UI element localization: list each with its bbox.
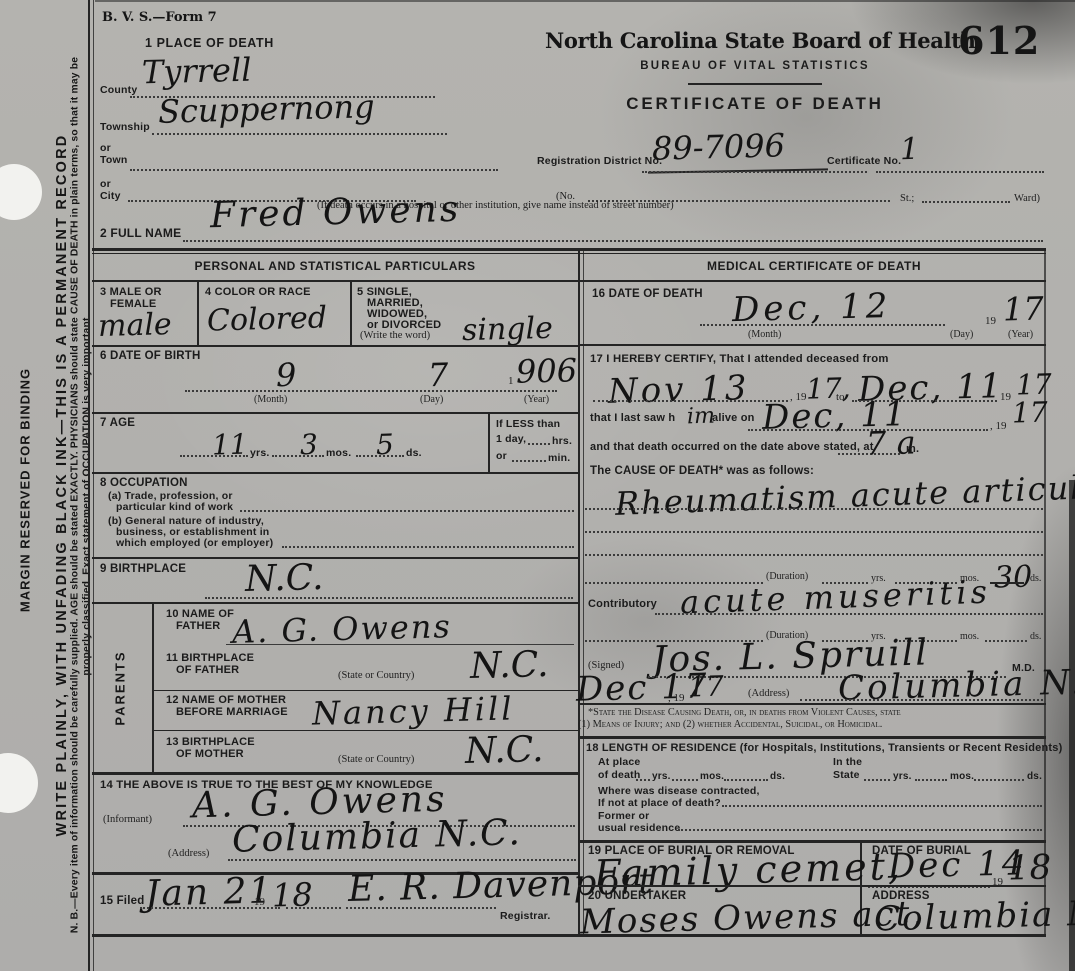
sex-label-1: 3 MALE OR [100,286,162,298]
occupation-a-line [240,510,574,512]
certify-label: 17 I HEREBY CERTIFY, That I attended dec… [590,353,889,365]
age-less-box-divider [488,412,490,472]
sign-address-value: Columbia N.C. [838,661,1075,709]
form-code: B. V. S.—Form 7 [102,10,217,25]
mother-name-label-1: 12 NAME OF MOTHER [166,694,286,706]
full-name-label: 2 FULL NAME [100,226,181,240]
district-label: Registration District No. [537,155,662,167]
birthplace-line [205,597,573,599]
age-months-line [272,455,324,457]
parents-label: PARENTS [113,650,128,725]
city-label: City [100,190,121,202]
cause-line-2 [585,531,1043,533]
footnote-line-1: *State the Disease Causing Death, or, in… [588,707,901,718]
race-value: Colored [207,300,328,338]
personal-section-title: PERSONAL AND STATISTICAL PARTICULARS [92,259,578,273]
st-label: St.; [900,193,914,204]
or-town-label: or [100,142,111,154]
in-the-label-1: In the [833,756,862,768]
death-certificate-scan: MARGIN RESERVED FOR BINDING WRITE PLAINL… [0,0,1075,971]
father-bp-state-cap: (State or Country) [338,670,414,681]
st-line [922,201,1010,203]
column-divider-outer [578,248,580,936]
filed-year-printed: 19 [254,896,265,908]
filed-label: 15 Filed [100,895,144,907]
town-label: Town [100,154,127,166]
dob-month-value: 9 [276,356,297,395]
occupation-a-line2: particular kind of work [116,501,233,513]
occupation-label: 8 OCCUPATION [100,477,188,489]
registrar-line [346,907,496,909]
dob-line [185,390,557,392]
birthplace-value: N.C. [244,557,323,600]
contracted-line [722,805,1042,807]
attended-to-year-printed: 19 [1000,391,1011,403]
county-value: Tyrrell [142,51,252,92]
row5-rule [92,345,578,347]
attended-from-line [593,400,788,402]
margin-rule-inner [93,0,94,971]
dod-year-value: 17 [1003,289,1045,328]
less-hrs-line [528,443,550,445]
birthplace-label: 9 BIRTHPLACE [100,563,186,575]
sex-race-divider [197,280,199,345]
margin-write-plainly-note: WRITE PLAINLY, WITH UNFADING BLACK INK—T… [54,134,70,837]
row9-rule [92,602,578,604]
mother-bp-label-2: OF MOTHER [176,748,244,760]
former-label-1: Former or [598,810,649,822]
father-bp-label-1: 11 BIRTHPLACE [166,652,254,664]
mother-name-value: Nancy Hill [312,689,515,732]
age-days-line [356,455,404,457]
death-time-m-label: m. [906,443,919,455]
cause-duration-underline [990,582,1024,584]
informant-address-value: Columbia N.C. [232,812,523,861]
father-bp-label-2: OF FATHER [176,664,239,676]
dob-day-value: 7 [428,356,449,395]
last-saw-pre-label: that I last saw h [590,412,675,424]
full-name-value: Fred Owens [210,189,462,237]
township-label: Township [100,121,150,133]
duration2-mos-unit: mos. [960,631,979,642]
sheet-number: 612 [958,18,1040,63]
last-saw-year-value: 17 [1012,396,1048,430]
occupation-b-line3: which employed (or employer) [116,537,273,549]
parents-rule-1 [152,690,578,691]
row18-rule-heavy [578,840,1046,843]
cause-duration-days-value: 30 [994,560,1033,596]
age-days-unit: ds. [406,447,422,459]
dod-month-cap: (Month) [748,329,781,340]
res-yrs-unit-1: yrs. [652,771,671,782]
row7-rule [92,472,578,474]
mother-bp-value: N.C. [464,729,543,772]
dob-year-value: 906 [516,351,578,391]
scan-top-edge [95,0,1075,2]
footnote-rule-heavy [578,736,1046,739]
burial-year-value: 18 [1007,847,1051,888]
at-place-label-1: At place [598,756,640,768]
parents-strip-divider [152,602,154,772]
res-ds-unit-1: ds. [770,771,785,782]
dob-label: 6 DATE OF BIRTH [100,350,201,362]
dod-line [700,324,945,326]
county-label: County [100,84,137,96]
mother-name-label-2: BEFORE MARRIAGE [176,706,288,718]
form-bottom-border [92,934,1046,937]
row19-rule [578,885,1046,887]
death-occurred-label: and that death occurred on the date abov… [590,441,874,453]
undertaker-address-value: Columbia N.C [874,893,1075,940]
occupation-b-line [282,546,574,548]
former-line [678,829,1042,831]
contracted-label-1: Where was disease contracted, [598,785,760,797]
contracted-label-2: If not at place of death? [598,797,721,809]
duration2-ds-line [985,640,1027,642]
binder-hole-top [0,164,42,220]
margin-rule-outer [88,0,90,971]
or-city-label: or [100,178,111,190]
less-than-label-2: 1 day, [496,433,526,445]
dob-month-cap: (Month) [254,394,287,405]
certificate-title: CERTIFICATE OF DEATH [545,94,965,114]
dob-day-cap: (Day) [420,394,443,405]
race-label: 4 COLOR OR RACE [205,286,311,298]
less-than-label-1: If LESS than [496,418,560,430]
district-value: 89-7096 [652,126,786,167]
father-bp-value: N.C. [469,644,548,687]
age-years-unit: yrs. [250,447,269,459]
res-mos-line-1 [672,779,698,781]
res-yrs-line-1 [636,779,650,781]
dod-year-printed: 19 [985,315,996,327]
personal-title-rule [92,280,578,282]
res-ds-line-1 [724,779,768,781]
medical-title-rule [578,280,1046,282]
medical-section-title: MEDICAL CERTIFICATE OF DEATH [583,259,1045,273]
age-label: 7 AGE [100,417,135,429]
filed-year-line [286,907,341,909]
res-mos-unit-1: mos. [700,771,724,782]
full-name-line [183,240,1043,242]
age-years-line [180,455,248,457]
row13-rule-heavy [92,772,578,775]
sign-year-value: 17 [688,670,724,704]
or-word: or [496,450,507,462]
last-saw-post-label: alive on [712,412,755,424]
district-line [642,171,867,173]
board-of-health-title: North Carolina State Board of Health [545,28,965,53]
marital-write-word: (Write the word) [360,330,430,341]
burial-date-value: Dec 14 [888,843,1027,887]
place-of-death-title: 1 PLACE OF DEATH [145,36,274,50]
attended-from-value: Nov 13 [608,368,750,412]
res-yrs-line-2 [864,779,890,781]
certificate-no-line [876,171,1044,173]
ward-label: Ward) [1014,193,1040,204]
sign-address-line [800,699,1043,701]
header-divider-thin [92,253,1046,254]
margin-nb-line2: properly classified. Exact statement of … [81,57,93,933]
less-min-line [512,460,546,462]
res-mos-unit-2: mos. [950,771,974,782]
cause-label: The CAUSE OF DEATH* was as follows: [590,465,814,477]
informant-cap: (Informant) [103,814,152,825]
sex-value: male [98,307,173,344]
row16-rule [578,344,1046,346]
certificate-no-value: 1 [900,132,920,167]
dob-year-cap: (Year) [524,394,549,405]
dod-year-cap: (Year) [1008,329,1033,340]
min-unit: min. [548,452,570,464]
in-the-label-2: State [833,769,860,781]
contributory-label: Contributory [588,598,657,610]
informant-address-cap: (Address) [168,848,209,859]
margin-binding-note: MARGIN RESERVED FOR BINDING [18,368,33,612]
hrs-unit: hrs. [552,435,572,447]
marital-value: single [462,311,554,348]
mother-bp-state-cap: (State or Country) [338,754,414,765]
form-right-border [1044,248,1046,936]
duration1-ds-unit: ds. [1030,573,1041,584]
last-saw-him-value: im [687,404,716,430]
residence-label: 18 LENGTH OF RESIDENCE (for Hospitals, I… [586,742,1062,754]
father-name-label-2: FATHER [176,620,220,632]
age-months-unit: mos. [326,447,351,459]
contributory-line [655,613,1043,615]
column-divider-inner [583,248,584,936]
sign-row-rule [578,703,1046,705]
dod-day-cap: (Day) [950,329,973,340]
sign-address-cap: (Address) [748,688,789,699]
bureau-subtitle: BUREAU OF VITAL STATISTICS [545,60,965,72]
row6-rule [92,412,578,414]
town-line [130,169,498,171]
res-mos-line-2 [915,779,947,781]
res-ds-line-2 [974,779,1024,781]
margin-nb-line1: N. B.—Every item of information should b… [70,57,82,933]
dob-year-printed: 1 [508,375,514,387]
burial-place-value: Family cemet, [593,844,903,896]
binder-hole-bottom [0,753,38,813]
bureau-rule [688,83,822,85]
footnote-line-2: (1) Means of Injury; and (2) whether Acc… [578,719,882,730]
cause-line-1 [585,508,1043,510]
res-ds-unit-2: ds. [1027,771,1042,782]
dod-label: 16 DATE OF DEATH [592,288,703,300]
cause-line-3 [585,554,1043,556]
township-value: Scuppernong [158,87,376,131]
township-line [152,133,447,135]
at-place-label-2: of death [598,769,640,781]
duration2-ds-unit: ds. [1030,631,1041,642]
header-divider-heavy [92,248,1046,251]
former-label-2: usual residence [598,822,680,834]
certificate-no-label: Certificate No. [827,155,901,167]
father-name-label-1: 10 NAME OF [166,608,234,620]
informant-address-line [228,859,576,861]
mother-bp-label-1: 13 BIRTHPLACE [166,736,255,748]
row8-rule [92,557,578,559]
race-marital-divider [350,280,352,345]
res-yrs-unit-2: yrs. [893,771,912,782]
last-saw-year-printed: , 19 [990,420,1007,432]
registrar-label: Registrar. [500,910,550,922]
